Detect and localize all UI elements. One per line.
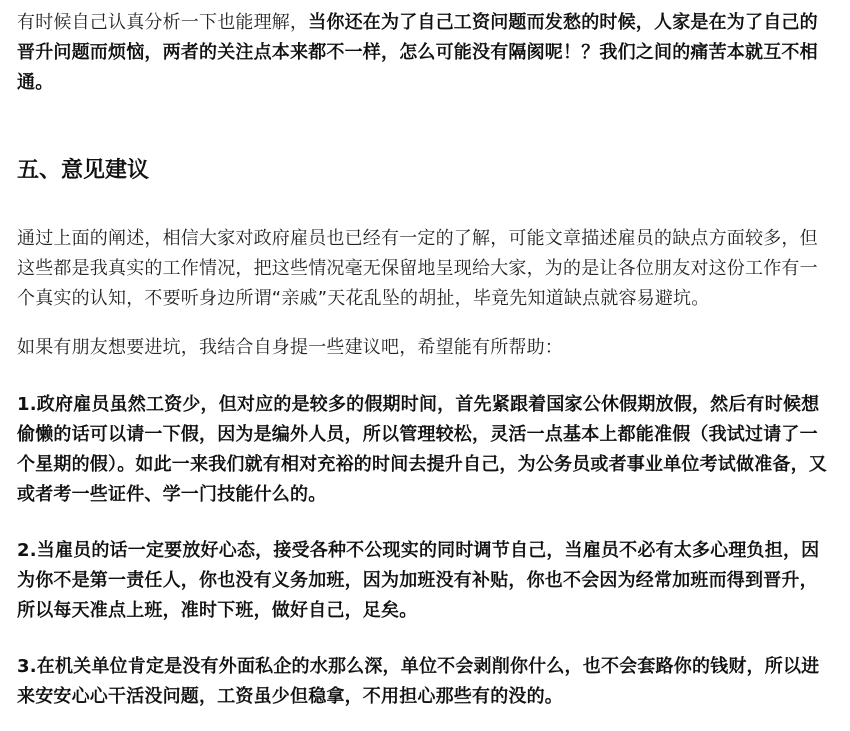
suggestion-item-2: 2.当雇员的话一定要放好心态，接受各种不公现实的同时调节自己，当雇员不必有太多心…: [17, 536, 833, 626]
paragraph-lead-in: 如果有朋友想要进坑，我结合自身提一些建议吧，希望能有所帮助：: [17, 333, 833, 363]
paragraph-intro: 通过上面的阐述，相信大家对政府雇员也已经有一定的了解，可能文章描述雇员的缺点方面…: [17, 224, 833, 314]
suggestion-item-3: 3.在机关单位肯定是没有外面私企的水那么深，单位不会剥削你什么，也不会套路你的钱…: [17, 652, 833, 712]
article-body: 有时候自己认真分析一下也能理解，当你还在为了自己工资问题而发愁的时候，人家是在为…: [0, 8, 850, 712]
paragraph-reflection: 有时候自己认真分析一下也能理解，当你还在为了自己工资问题而发愁的时候，人家是在为…: [17, 8, 833, 98]
suggestion-item-1: 1.政府雇员虽然工资少，但对应的是较多的假期时间，首先紧跟着国家公休假期放假，然…: [17, 390, 833, 510]
paragraph-reflection-normal: 有时候自己认真分析一下也能理解，: [17, 12, 308, 33]
section-heading: 五、意见建议: [17, 154, 833, 188]
